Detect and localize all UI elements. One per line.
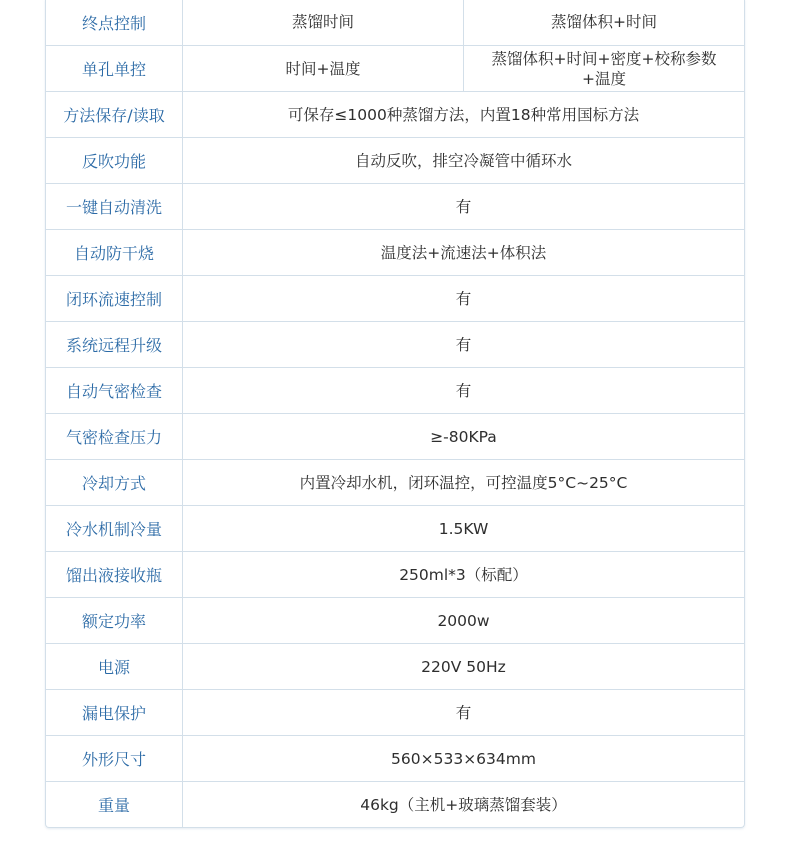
row-value: 有 xyxy=(183,322,744,367)
row-label: 电源 xyxy=(46,644,183,689)
row-value: 有 xyxy=(183,368,744,413)
row-label: 冷水机制冷量 xyxy=(46,506,183,551)
row-label: 自动气密检查 xyxy=(46,368,183,413)
row-value: 有 xyxy=(183,690,744,735)
row-label: 气密检查压力 xyxy=(46,414,183,459)
row-value: 温度法+流速法+体积法 xyxy=(183,230,744,275)
row-value: 蒸馏时间 xyxy=(183,0,464,45)
row-label: 终点控制 xyxy=(46,0,183,45)
row-label: 反吹功能 xyxy=(46,138,183,183)
table-row-cooling-method: 冷却方式 内置冷却水机，闭环温控，可控温度5°C~25°C xyxy=(46,459,744,505)
row-label: 单孔单控 xyxy=(46,46,183,91)
row-value: 自动反吹，排空冷凝管中循环水 xyxy=(183,138,744,183)
row-label: 外形尺寸 xyxy=(46,736,183,781)
table-row-weight: 重量 46kg（主机+玻璃蒸馏套装） xyxy=(46,781,744,827)
row-value: 220V 50Hz xyxy=(183,644,744,689)
table-row-dry-burn-protection: 自动防干烧 温度法+流速法+体积法 xyxy=(46,229,744,275)
table-row-single-hole-control: 单孔单控 时间+温度 蒸馏体积+时间+密度+校称参数+温度 xyxy=(46,45,744,91)
table-row-closed-loop-flow: 闭环流速控制 有 xyxy=(46,275,744,321)
table-row-remote-upgrade: 系统远程升级 有 xyxy=(46,321,744,367)
row-value: 蒸馏体积+时间 xyxy=(464,0,744,45)
row-label: 自动防干烧 xyxy=(46,230,183,275)
row-label: 冷却方式 xyxy=(46,460,183,505)
row-value-text: 蒸馏体积+时间+密度+校称参数+温度 xyxy=(492,49,717,89)
row-value: 1.5KW xyxy=(183,506,744,551)
table-row-airtight-pressure: 气密检查压力 ≥-80KPa xyxy=(46,413,744,459)
row-label: 额定功率 xyxy=(46,598,183,643)
row-value: 可保存≤1000种蒸馏方法，内置18种常用国标方法 xyxy=(183,92,744,137)
table-row-chiller-capacity: 冷水机制冷量 1.5KW xyxy=(46,505,744,551)
spec-table: 终点控制 蒸馏时间 蒸馏体积+时间 单孔单控 时间+温度 蒸馏体积+时间+密度+… xyxy=(45,0,745,828)
row-label: 系统远程升级 xyxy=(46,322,183,367)
table-row-rated-power: 额定功率 2000w xyxy=(46,597,744,643)
row-value: 蒸馏体积+时间+密度+校称参数+温度 xyxy=(464,46,744,91)
row-value: 时间+温度 xyxy=(183,46,464,91)
table-row-airtight-check: 自动气密检查 有 xyxy=(46,367,744,413)
row-value: 有 xyxy=(183,184,744,229)
table-row-power-supply: 电源 220V 50Hz xyxy=(46,643,744,689)
table-row-receiving-bottle: 馏出液接收瓶 250ml*3（标配） xyxy=(46,551,744,597)
table-row-backblow: 反吹功能 自动反吹，排空冷凝管中循环水 xyxy=(46,137,744,183)
row-value: 有 xyxy=(183,276,744,321)
table-row-dimensions: 外形尺寸 560×533×634mm xyxy=(46,735,744,781)
row-value: 内置冷却水机，闭环温控，可控温度5°C~25°C xyxy=(183,460,744,505)
row-value: 46kg（主机+玻璃蒸馏套装） xyxy=(183,782,744,827)
row-label: 一键自动清洗 xyxy=(46,184,183,229)
row-value: 2000w xyxy=(183,598,744,643)
row-label: 漏电保护 xyxy=(46,690,183,735)
table-row-auto-clean: 一键自动清洗 有 xyxy=(46,183,744,229)
row-value: 560×533×634mm xyxy=(183,736,744,781)
row-value: 250ml*3（标配） xyxy=(183,552,744,597)
table-row-leakage-protection: 漏电保护 有 xyxy=(46,689,744,735)
row-label: 重量 xyxy=(46,782,183,827)
row-label: 闭环流速控制 xyxy=(46,276,183,321)
table-row-method-save: 方法保存/读取 可保存≤1000种蒸馏方法，内置18种常用国标方法 xyxy=(46,91,744,137)
table-row-endpoint-control: 终点控制 蒸馏时间 蒸馏体积+时间 xyxy=(46,0,744,45)
row-value: ≥-80KPa xyxy=(183,414,744,459)
row-label: 馏出液接收瓶 xyxy=(46,552,183,597)
row-label: 方法保存/读取 xyxy=(46,92,183,137)
